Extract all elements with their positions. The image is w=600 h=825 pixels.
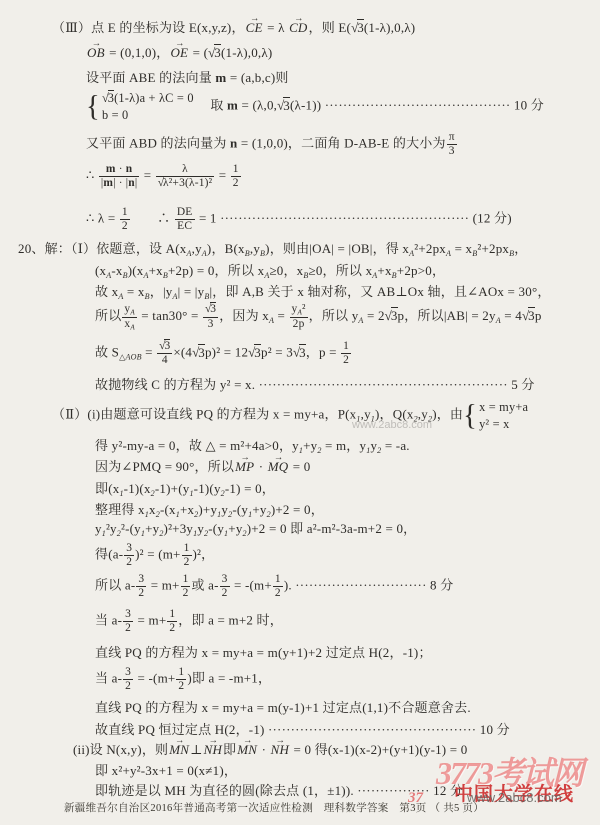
solution-line: 故 xA = xB，|yA| = |yB|，即 A,B 关于 x 轴对称，又 A…	[95, 284, 551, 302]
solution-line: 整理得 x1x2-(x1+x2)+y1y2-(y1+y2)+2 = 0，	[95, 502, 324, 520]
solution-line: (ii)设 N(x,y)，则MN⊥NH即MN · NH = 0 得(x-1)(x…	[73, 742, 467, 759]
page-footer: 新疆维吾尔自治区2016年普通高考第一次适应性检测 理科数学答案 第3页 （ 共…	[64, 800, 484, 815]
solution-line: 所以 a-32 = m+12或 a-32 = -(m+12). ········…	[95, 573, 453, 600]
solution-line: 故抛物线 C 的方程为 y² = x. ····················…	[95, 377, 535, 394]
solution-line: 当 a-32 = -(m+12)即 a = -m+1，	[95, 666, 271, 693]
solution-line: 即 x²+y²-3x+1 = 0(x≠1)，	[95, 763, 237, 780]
solution-line: 所以yAxA = tan30° = √33，因为 xA = yA²2p，所以 y…	[95, 303, 542, 331]
solution-line: 当 a-32 = m+12，即 a = m+2 时，	[95, 608, 283, 635]
answer-sheet-page: （Ⅲ）点 E 的坐标为设 E(x,y,z)，CE = λ CD，则 E(√3(1…	[0, 0, 600, 825]
solution-line: 得(a-32)² = (m+12)²，	[95, 542, 214, 569]
solution-line: 因为∠PMQ = 90°，所以MP · MQ = 0	[95, 459, 310, 476]
solution-line: （Ⅲ）点 E 的坐标为设 E(x,y,z)，CE = λ CD，则 E(√3(1…	[52, 20, 415, 37]
solution-line: 又平面 ABD 的法向量为 n = (1,0,0)，二面角 D-AB-E 的大小…	[86, 131, 458, 158]
solution-line: y1²y2²-(y1+y2)²+3y1y2-(y1+y2)+2 = 0 即 a²…	[95, 521, 416, 539]
solution-line: 即轨迹是以 MH 为直径的圆(除去点 (1，±1)). ············…	[95, 783, 463, 800]
solution-line: 故 S△AOB = √34×(4√3p)² = 12√3p² = 3√3，p =…	[95, 340, 352, 367]
solution-line: ∴ λ = 12 ∴ DEEC = 1 ····················…	[86, 206, 512, 233]
solution-line: 直线 PQ 的方程为 x = my+a = m(y+1)+2 过定点 H(2，-…	[95, 645, 432, 662]
solution-line: （Ⅱ）(i)由题意可设直线 PQ 的方程为 x = my+a，P(x1,y1)，…	[52, 399, 528, 432]
solution-line: OB = (0,1,0)，OE = (√3(1-λ),0,λ)	[86, 45, 272, 62]
solution-line: ∴ m · n|m| · |n| = λ√λ²+3(λ-1)² = 12	[86, 163, 242, 190]
solution-line: 即(x1-1)(x2-1)+(y1-1)(y2-1) = 0，	[95, 481, 275, 499]
solution-line: {√3(1-λ)a + λC = 0b = 0 取 m = (λ,0,√3(λ-…	[86, 90, 544, 123]
solution-line: 故直线 PQ 恒过定点 H(2，-1) ····················…	[95, 722, 510, 739]
solution-line: 直线 PQ 的方程为 x = my+a = m(y-1)+1 过定点(1,1)不…	[95, 700, 471, 717]
solution-line: 20、解：（Ⅰ）依题意，设 A(xA,yA)，B(xB,yB)，则由|OA| =…	[18, 241, 527, 259]
solution-line: 设平面 ABE 的法向量 m = (a,b,c)则	[86, 70, 289, 87]
solution-line: (xA-xB)(xA+xB+2p) = 0，所以 xA≥0，xB≥0，所以 xA…	[95, 263, 445, 281]
